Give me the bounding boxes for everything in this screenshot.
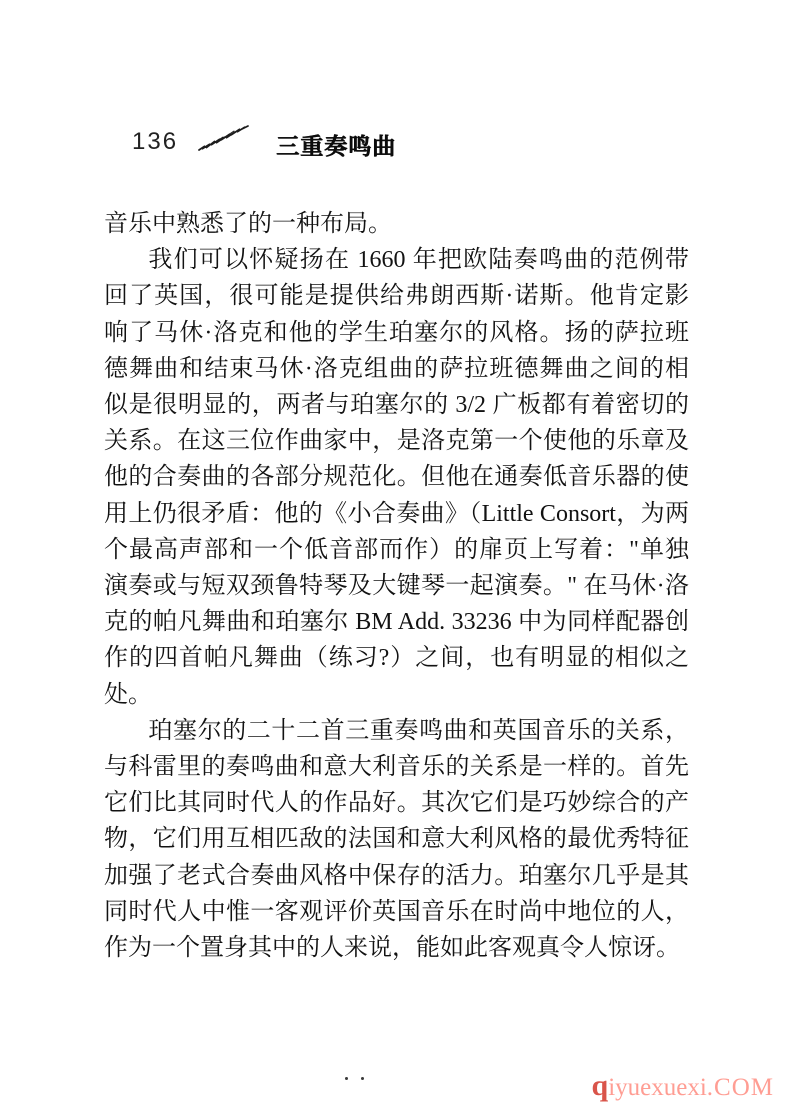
- text-line: 德舞曲和结束马休·洛克组曲的萨拉班德舞曲之间的相: [104, 351, 689, 387]
- text-line: 物，它们用互相匹敌的法国和意大利风格的最优秀特征: [104, 821, 689, 857]
- watermark-tld: .COM: [707, 1074, 774, 1101]
- text-line: 它们比其同时代人的作品好。其次它们是巧妙综合的产: [104, 785, 689, 821]
- text-line: 回了英国，很可能是提供给弗朗西斯·诺斯。他肯定影: [104, 278, 689, 314]
- text-line: 似是很明显的，两者与珀塞尔的 3/2 广板都有着密切的: [104, 387, 689, 423]
- text-line: 他的合奏曲的各部分规范化。但他在通奏低音乐器的使: [104, 459, 689, 495]
- text-line: 珀塞尔的二十二首三重奏鸣曲和英国音乐的关系，: [104, 713, 689, 749]
- watermark-name: iyuexuexi: [608, 1074, 707, 1101]
- text-line: 演奏或与短双颈鲁特琴及大键琴一起演奏。" 在马休·洛: [104, 568, 689, 604]
- text-line: 处。: [104, 677, 689, 713]
- text-line: 加强了老式合奏曲风格中保存的活力。珀塞尔几乎是其: [104, 858, 689, 894]
- site-watermark: qiyuexuexi.COM: [592, 1069, 775, 1103]
- scanned-book-page: 136 三重奏鸣曲 音乐中熟悉了的一种布局。我们可以怀疑扬在 1660 年把欧陆…: [0, 0, 794, 1120]
- text-line: 关系。在这三位作曲家中，是洛克第一个使他的乐章及: [104, 423, 689, 459]
- pen-squiggle-icon: [197, 124, 251, 159]
- text-line: 音乐中熟悉了的一种布局。: [104, 206, 689, 242]
- text-line: 作的四首帕凡舞曲（练习?）之间，也有明显的相似之: [104, 640, 689, 676]
- text-line: 响了马休·洛克和他的学生珀塞尔的风格。扬的萨拉班: [104, 315, 689, 351]
- text-line: 作为一个置身其中的人来说，能如此客观真令人惊讶。: [104, 930, 689, 966]
- page-number: 136: [132, 128, 178, 156]
- text-line: 与科雷里的奏鸣曲和意大利音乐的关系是一样的。首先: [104, 749, 689, 785]
- text-line: 个最高声部和一个低音部而作）的扉页上写着："单独: [104, 532, 689, 568]
- scan-speckle: [361, 1077, 364, 1080]
- page-body: 音乐中熟悉了的一种布局。我们可以怀疑扬在 1660 年把欧陆奏鸣曲的范例带回了英…: [104, 206, 689, 966]
- text-line: 我们可以怀疑扬在 1660 年把欧陆奏鸣曲的范例带: [104, 242, 689, 278]
- watermark-prefix: q: [592, 1069, 609, 1102]
- text-line: 用上仍很矛盾：他的《小合奏曲》（Little Consort，为两: [104, 496, 689, 532]
- text-line: 克的帕凡舞曲和珀塞尔 BM Add. 33236 中为同样配器创: [104, 604, 689, 640]
- scan-speckle: [345, 1077, 348, 1080]
- running-header-title: 三重奏鸣曲: [276, 128, 396, 161]
- text-line: 同时代人中惟一客观评价英国音乐在时尚中地位的人，: [104, 894, 689, 930]
